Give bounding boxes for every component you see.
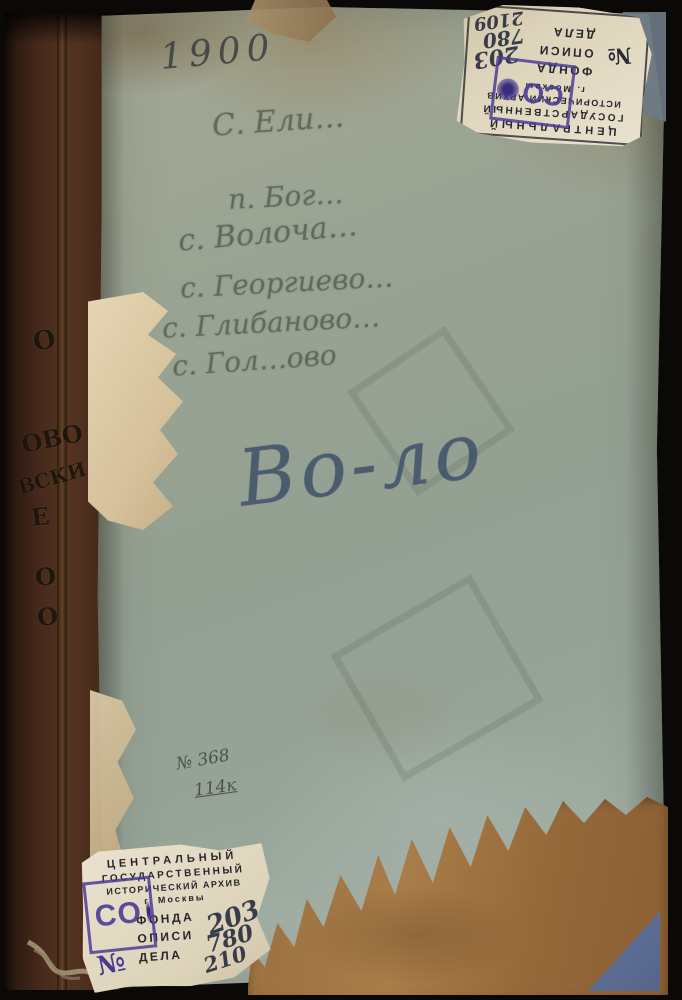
blue-corner-cloth xyxy=(588,911,660,991)
book-cover-photo: О ОВО ВСКИ Е О О 1900 С. Ели… п. Бог… с.… xyxy=(0,0,682,1000)
spine-text-fragment: О xyxy=(34,561,57,591)
spine-text-fragment: ВСКИ xyxy=(15,457,89,499)
spine-text-fragment: О xyxy=(36,601,60,632)
co-stamp-text: СО xyxy=(93,896,145,935)
archive-label-bottom-content: ЦЕНТРАЛЬНЫЙ ГОСУДАРСТВЕННЫЙ ИСТОРИЧЕСКИЙ… xyxy=(80,843,273,990)
spine-text-fragment: Е xyxy=(30,501,51,532)
purple-co-stamp: СО xyxy=(82,876,157,955)
archive-label-top: ЦЕНТРАЛЬНЫЙ ГОСУДАРСТВЕННЫЙ ИСТОРИЧЕСКИЙ… xyxy=(455,0,654,150)
purple-co-stamp: СО xyxy=(489,56,576,129)
co-stamp-text: СО xyxy=(521,75,566,112)
archive-label-top-stamp-frame: ЦЕНТРАЛЬНЫЙ ГОСУДАРСТВЕННЫЙ ИСТОРИЧЕСКИЙ… xyxy=(460,4,651,146)
number-sign: № xyxy=(607,42,633,70)
spine-text-fragment: ОВО xyxy=(19,418,86,459)
spine-text-fragment: О xyxy=(31,325,58,358)
